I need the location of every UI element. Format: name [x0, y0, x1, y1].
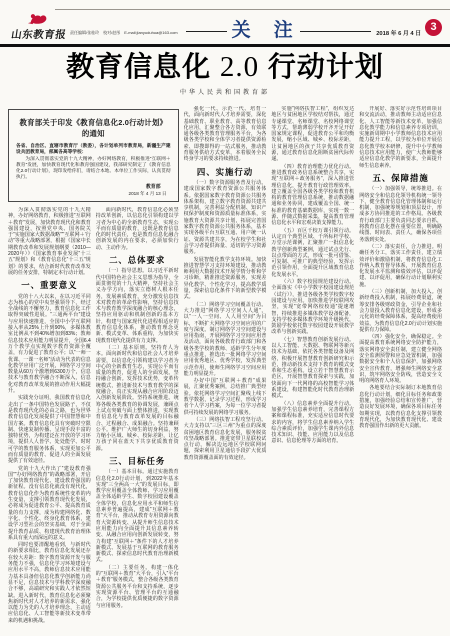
masthead: 山东教育报 责任编辑/张桂玲 校对/赵彤 E-mail:jianyuduhua@…: [8, 11, 442, 43]
article-paragraph: 各地要结合实际制订本地教育信息化行动计划，细化目标任务和政策措施，加强经验总结和…: [359, 385, 442, 429]
article-body: 教育部关于印发《教育信息化2.0行动计划》的通知 各省、自治区、直辖市教育厅（教…: [8, 106, 442, 631]
notice-title: 教育部关于印发《教育信息化2.0行动计划》的通知: [16, 117, 171, 139]
notice-box: 教育部关于印发《教育信息化2.0行动计划》的通知 各省、自治区、直辖市教育厅（教…: [8, 109, 179, 202]
article-paragraph: （四）强化安全，确保稳定。全面提高教育系统网络安全防护能力，落实网络安全责任制，…: [359, 334, 442, 384]
article-paragraph: 发展智能化教学支持环境。加快推进智慧学习支持环境建设，推动教师利用大数据技术开展…: [184, 257, 267, 301]
article-paragraph: （三）创新机制，加大投入。创新经费投入机制，拓展经费渠道，统筹安排各级财政资金，…: [359, 289, 442, 333]
article-paragraph: 开展好、落实好示范性培训项目和交流活动，推动教师主动适应信息化、人工智能等新技术…: [359, 106, 442, 169]
page-number-badge: 3: [425, 19, 442, 36]
headline-number: 2.0: [220, 51, 259, 83]
article-paragraph: （二）基本原则。坚持育人为本。面向新时代和信息社会人才培养需要，以信息化引领构建…: [96, 345, 179, 452]
article-paragraph: 党的十八大以来，在以习近平同志为核心的党中央坚强领导下，经过全战线的不懈努力，教…: [8, 294, 91, 395]
article-paragraph: （八）信息素养全面提升行动。加强学生信息素养培育，完善课程方案和课程标准，充实适…: [271, 401, 354, 445]
notice-salutation: 各省、自治区、直辖市教育厅（教委），各计划单列市教育局，新疆生产建设兵团教育局，…: [16, 143, 171, 155]
article-paragraph: 实施“网络扶智工程”，组织发达地区与贫困地区学校结对帮扶，通过专递课堂、名师课堂…: [271, 106, 354, 163]
paper-name: 山东教育报: [10, 31, 66, 42]
article-paragraph: （二）网络学习空间覆盖行动。大力推进“网络学习空间人人通”，以“一人一空间、人人…: [184, 302, 267, 378]
masthead-divider: [0, 44, 450, 47]
headline-text: 教育信息化: [66, 51, 211, 82]
article-paragraph: （二）主要任务。构建一体化的“互联网＋教育”大平台，引入“平台＋教育”服务模式，…: [96, 565, 179, 609]
article-paragraph: （一）基本目标。通过实施教育信息化2.0行动计划，到2022年基本实现“三全两高…: [96, 469, 179, 563]
headline-text-2: 行动计划: [268, 51, 384, 82]
article-paragraph: （一）加强领导，统筹推进。在网络安全和信息化领导机构统一领导下，健全教育信息化管…: [359, 186, 442, 243]
article-paragraph: （四）教育治理能力优化行动。推进教育政务信息系统整合共享，实现“互联网＋政务服务…: [271, 164, 354, 227]
title-rule-left: [186, 31, 227, 32]
section-heading: 一、重要意义: [8, 282, 91, 288]
article-paragraph: 同时也要清醒地看到，与新时代的新要求相比，教育信息化发展还存在较大差距：数字教育…: [8, 542, 91, 624]
section-heading: 四、实施行动: [184, 169, 267, 175]
text-column-3: 强化一代、示范一代、培育一代，面向新时代人才培养需要，深化基础教育、职业教育、高…: [184, 106, 267, 631]
article-paragraph: 为深入贯彻落实党的十九大精神，办好网络教育，积极推进“互联网＋教育”发展，加快教…: [8, 207, 91, 276]
main-headline: 教育信息化 2.0 行动计划: [0, 51, 450, 84]
notice-date: 2018 年 4 月 13 日: [16, 191, 171, 197]
text-column-4: 实施“网络扶智工程”，组织发达地区与贫困地区学校结对帮扶，通过专递课堂、名师课堂…: [271, 106, 354, 631]
issue-date: 2018 年 6 月 4 日: [376, 28, 421, 37]
notice-body: 为深入贯彻落实党的十九大精神，办好网络教育，积极推进“互联网＋教育”发展，加快教…: [16, 156, 171, 180]
article-paragraph: （五）百区千校万课引领行动。认定百个典型区域、千所标杆学校、万堂示范课例，汇聚推…: [271, 228, 354, 278]
newspaper-page: 山东教育报 责任编辑/张桂玲 校对/赵彤 E-mail:jianyuduhua@…: [0, 0, 450, 636]
top-rule: [55, 9, 450, 10]
article-paragraph: （三）网络扶智工程攻坚行动。大力支持以“三区三州”为重点的深度贫困地区教育信息化…: [184, 417, 267, 461]
article-paragraph: 实践充分证明，我国教育信息化走出了一条中国特色发展路子，不仅是教育现代化的必由之…: [8, 395, 91, 464]
title-rule-right: [300, 31, 372, 32]
section-heading: 五、保障措施: [359, 175, 442, 181]
article-paragraph: 面向新时代，教育信息化必须坚持改革创新，以信息化引领构建以学习者为中心的全新教育…: [96, 207, 179, 251]
article-paragraph: （一）指导思想。以习近平新时代中国特色社会主义思想为指导，全面贯彻党的十九大精神…: [96, 268, 179, 344]
section-title: 关 注: [232, 15, 295, 42]
article-paragraph: （一）数字资源服务普及行动。建成国家数字教育资源公共服务体系。依据国家数字教育资…: [184, 180, 267, 256]
text-column-1: 为深入贯彻落实党的十九大精神，办好网络教育，积极推进“互联网＋教育”发展，加快教…: [8, 207, 91, 631]
article-paragraph: （六）数字校园规范建设行动。全面落实《中小学数字校园建设规范（试行）》，推进各级…: [271, 279, 354, 336]
paper-logo: 山东教育报: [8, 13, 68, 42]
text-column-2: 面向新时代，教育信息化必须坚持改革创新，以信息化引领构建以学习者为中心的全新教育…: [96, 207, 179, 631]
headline-subtitle: 中华人民共和国教育部: [0, 87, 450, 96]
section-heading: 三、目标任务: [96, 458, 179, 464]
text-column-5: 开展好、落实好示范性培训项目和交流活动，推动教师主动适应信息化、人工智能等新技术…: [359, 106, 442, 631]
section-heading: 二、总体要求: [96, 257, 179, 263]
article-paragraph: 强化一代、示范一代、培育一代，面向新时代人才培养需要，深化基础教育、职业教育、高…: [184, 106, 267, 163]
logo-bird-icon: [27, 13, 49, 30]
article-paragraph: 党的十九大作出了“建设教育强国”“办好网络教育”的战略部署，开启了加快教育现代化…: [8, 466, 91, 542]
headline-block: 教育信息化 2.0 行动计划 中华人民共和国教育部: [0, 51, 450, 96]
article-paragraph: 办好中国“互联网＋教育”成果展，汇聚优秀案例，总结推广典型经验。依托网络学习空间…: [184, 378, 267, 416]
article-paragraph: （二）落实责任，合力推进。明确任务分工，落实工作责任，建立绩效评价和激励机制，将…: [359, 244, 442, 288]
article-paragraph: （七）智慧教育创新发展行动。以人工智能、大数据、物联网等新兴技术为基础，依托各类…: [271, 337, 354, 400]
editor-credits: 责任编辑/张桂玲 校对/赵彤 E-mail:jianyuduhua@163.co…: [70, 30, 178, 36]
notice-signer: 教育部: [16, 183, 171, 190]
